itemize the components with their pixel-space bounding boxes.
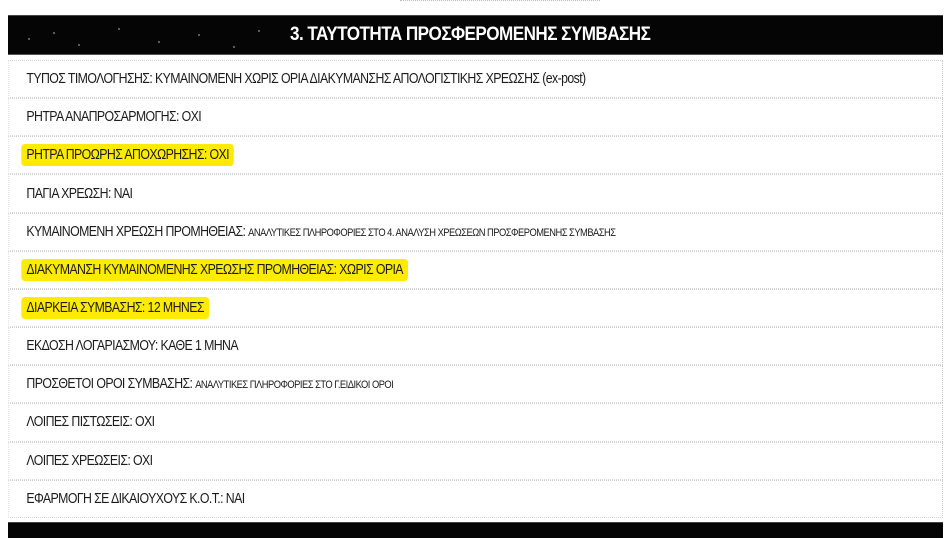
row-label: ΕΦΑΡΜΟΓΗ ΣΕ ΔΙΚΑΙΟΥΧΟΥΣ Κ.Ο.Τ.: ΝΑΙ [26,491,244,507]
row-label: ΔΙΑΚΥΜΑΝΣΗ ΚΥΜΑΙΝΟΜΕΝΗΣ ΧΡΕΩΣΗΣ ΠΡΟΜΗΘΕΙ… [26,262,403,278]
table-row: ΡΗΤΡΑ ΑΝΑΠΡΟΣΑΡΜΟΓΗΣ: ΟΧΙ [8,98,943,136]
next-section-header-bar [8,522,943,538]
highlighted-row-text: ΡΗΤΡΑ ΠΡΟΩΡΗΣ ΑΠΟΧΩΡΗΣΗΣ: ΟΧΙ [23,146,232,164]
table-row: ΠΑΓΙΑ ΧΡΕΩΣΗ: ΝΑΙ [8,174,943,212]
scan-noise [198,34,200,36]
row-label: ΡΗΤΡΑ ΑΝΑΠΡΟΣΑΡΜΟΓΗΣ: ΟΧΙ [26,109,201,125]
row-label: ΛΟΙΠΕΣ ΧΡΕΩΣΕΙΣ: ΟΧΙ [26,453,152,469]
table-row: ΕΦΑΡΜΟΓΗ ΣΕ ΔΙΚΑΙΟΥΧΟΥΣ Κ.Ο.Τ.: ΝΑΙ [8,480,943,518]
highlighted-row-text: ΔΙΑΡΚΕΙΑ ΣΥΜΒΑΣΗΣ: 12 ΜΗΝΕΣ [23,299,207,317]
scan-noise [78,44,80,46]
table-row: ΛΟΙΠΕΣ ΠΙΣΤΩΣΕΙΣ: ΟΧΙ [8,403,943,441]
row-text: ΤΥΠΟΣ ΤΙΜΟΛΟΓΗΣΗΣ: ΚΥΜΑΙΝΟΜΕΝΗ ΧΩΡΙΣ ΟΡΙ… [23,70,589,88]
scan-noise [53,32,55,34]
row-detail-note: ΑΝΑΛΥΤΙΚΕΣ ΠΛΗΡΟΦΟΡΙΕΣ ΣΤΟ Γ.ΕΙΔΙΚΟΙ ΟΡΟ… [195,379,393,391]
row-label: ΕΚΔΟΣΗ ΛΟΓΑΡΙΑΣΜΟΥ: ΚΑΘΕ 1 ΜΗΝΑ [26,338,238,354]
scan-noise [28,38,30,40]
table-row: ΕΚΔΟΣΗ ΛΟΓΑΡΙΑΣΜΟΥ: ΚΑΘΕ 1 ΜΗΝΑ [8,327,943,365]
row-label: ΡΗΤΡΑ ΠΡΟΩΡΗΣ ΑΠΟΧΩΡΗΣΗΣ: ΟΧΙ [26,147,229,163]
contract-identity-table: ΤΥΠΟΣ ΤΙΜΟΛΟΓΗΣΗΣ: ΚΥΜΑΙΝΟΜΕΝΗ ΧΩΡΙΣ ΟΡΙ… [8,60,943,518]
table-row: ΡΗΤΡΑ ΠΡΟΩΡΗΣ ΑΠΟΧΩΡΗΣΗΣ: ΟΧΙ [8,136,943,174]
row-label: ΤΥΠΟΣ ΤΙΜΟΛΟΓΗΣΗΣ: ΚΥΜΑΙΝΟΜΕΝΗ ΧΩΡΙΣ ΟΡΙ… [26,71,585,87]
row-label: ΔΙΑΡΚΕΙΑ ΣΥΜΒΑΣΗΣ: 12 ΜΗΝΕΣ [26,300,203,316]
scan-artifact [400,0,600,3]
scan-noise [258,30,260,32]
row-label: ΛΟΙΠΕΣ ΠΙΣΤΩΣΕΙΣ: ΟΧΙ [26,414,154,430]
row-text: ΠΡΟΣΘΕΤΟΙ ΟΡΟΙ ΣΥΜΒΑΣΗΣ: ΑΝΑΛΥΤΙΚΕΣ ΠΛΗΡ… [23,375,397,393]
row-text: ΠΑΓΙΑ ΧΡΕΩΣΗ: ΝΑΙ [23,185,136,203]
table-row: ΔΙΑΚΥΜΑΝΣΗ ΚΥΜΑΙΝΟΜΕΝΗΣ ΧΡΕΩΣΗΣ ΠΡΟΜΗΘΕΙ… [8,251,943,289]
row-detail-note: ΑΝΑΛΥΤΙΚΕΣ ΠΛΗΡΟΦΟΡΙΕΣ ΣΤΟ 4. ΑΝΑΛΥΣΗ ΧΡ… [248,227,615,239]
row-label: ΠΑΓΙΑ ΧΡΕΩΣΗ: ΝΑΙ [26,186,132,202]
table-row: ΤΥΠΟΣ ΤΙΜΟΛΟΓΗΣΗΣ: ΚΥΜΑΙΝΟΜΕΝΗ ΧΩΡΙΣ ΟΡΙ… [8,60,943,98]
table-row: ΠΡΟΣΘΕΤΟΙ ΟΡΟΙ ΣΥΜΒΑΣΗΣ: ΑΝΑΛΥΤΙΚΕΣ ΠΛΗΡ… [8,365,943,403]
section-header-bar: 3. ΤΑΥΤΟΤΗΤΑ ΠΡΟΣΦΕΡΟΜΕΝΗΣ ΣΥΜΒΑΣΗΣ [8,15,943,55]
highlighted-row-text: ΔΙΑΚΥΜΑΝΣΗ ΚΥΜΑΙΝΟΜΕΝΗΣ ΧΡΕΩΣΗΣ ΠΡΟΜΗΘΕΙ… [23,261,406,279]
row-text: ΛΟΙΠΕΣ ΠΙΣΤΩΣΕΙΣ: ΟΧΙ [23,413,158,431]
section-title: 3. ΤΑΥΤΟΤΗΤΑ ΠΡΟΣΦΕΡΟΜΕΝΗΣ ΣΥΜΒΑΣΗΣ [290,24,650,46]
row-label: ΠΡΟΣΘΕΤΟΙ ΟΡΟΙ ΣΥΜΒΑΣΗΣ: [26,376,195,392]
row-text: ΛΟΙΠΕΣ ΧΡΕΩΣΕΙΣ: ΟΧΙ [23,452,156,470]
table-row: ΚΥΜΑΙΝΟΜΕΝΗ ΧΡΕΩΣΗ ΠΡΟΜΗΘΕΙΑΣ: ΑΝΑΛΥΤΙΚΕ… [8,213,943,251]
row-text: ΚΥΜΑΙΝΟΜΕΝΗ ΧΡΕΩΣΗ ΠΡΟΜΗΘΕΙΑΣ: ΑΝΑΛΥΤΙΚΕ… [23,223,619,241]
row-text: ΡΗΤΡΑ ΑΝΑΠΡΟΣΑΡΜΟΓΗΣ: ΟΧΙ [23,108,205,126]
row-text: ΕΦΑΡΜΟΓΗ ΣΕ ΔΙΚΑΙΟΥΧΟΥΣ Κ.Ο.Τ.: ΝΑΙ [23,490,248,508]
row-text: ΕΚΔΟΣΗ ΛΟΓΑΡΙΑΣΜΟΥ: ΚΑΘΕ 1 ΜΗΝΑ [23,337,241,355]
scan-noise [118,28,120,30]
table-row: ΛΟΙΠΕΣ ΧΡΕΩΣΕΙΣ: ΟΧΙ [8,442,943,480]
row-label: ΚΥΜΑΙΝΟΜΕΝΗ ΧΡΕΩΣΗ ΠΡΟΜΗΘΕΙΑΣ: [26,224,248,240]
scan-noise [158,41,160,43]
scan-noise [233,46,235,48]
table-row: ΔΙΑΡΚΕΙΑ ΣΥΜΒΑΣΗΣ: 12 ΜΗΝΕΣ [8,289,943,327]
